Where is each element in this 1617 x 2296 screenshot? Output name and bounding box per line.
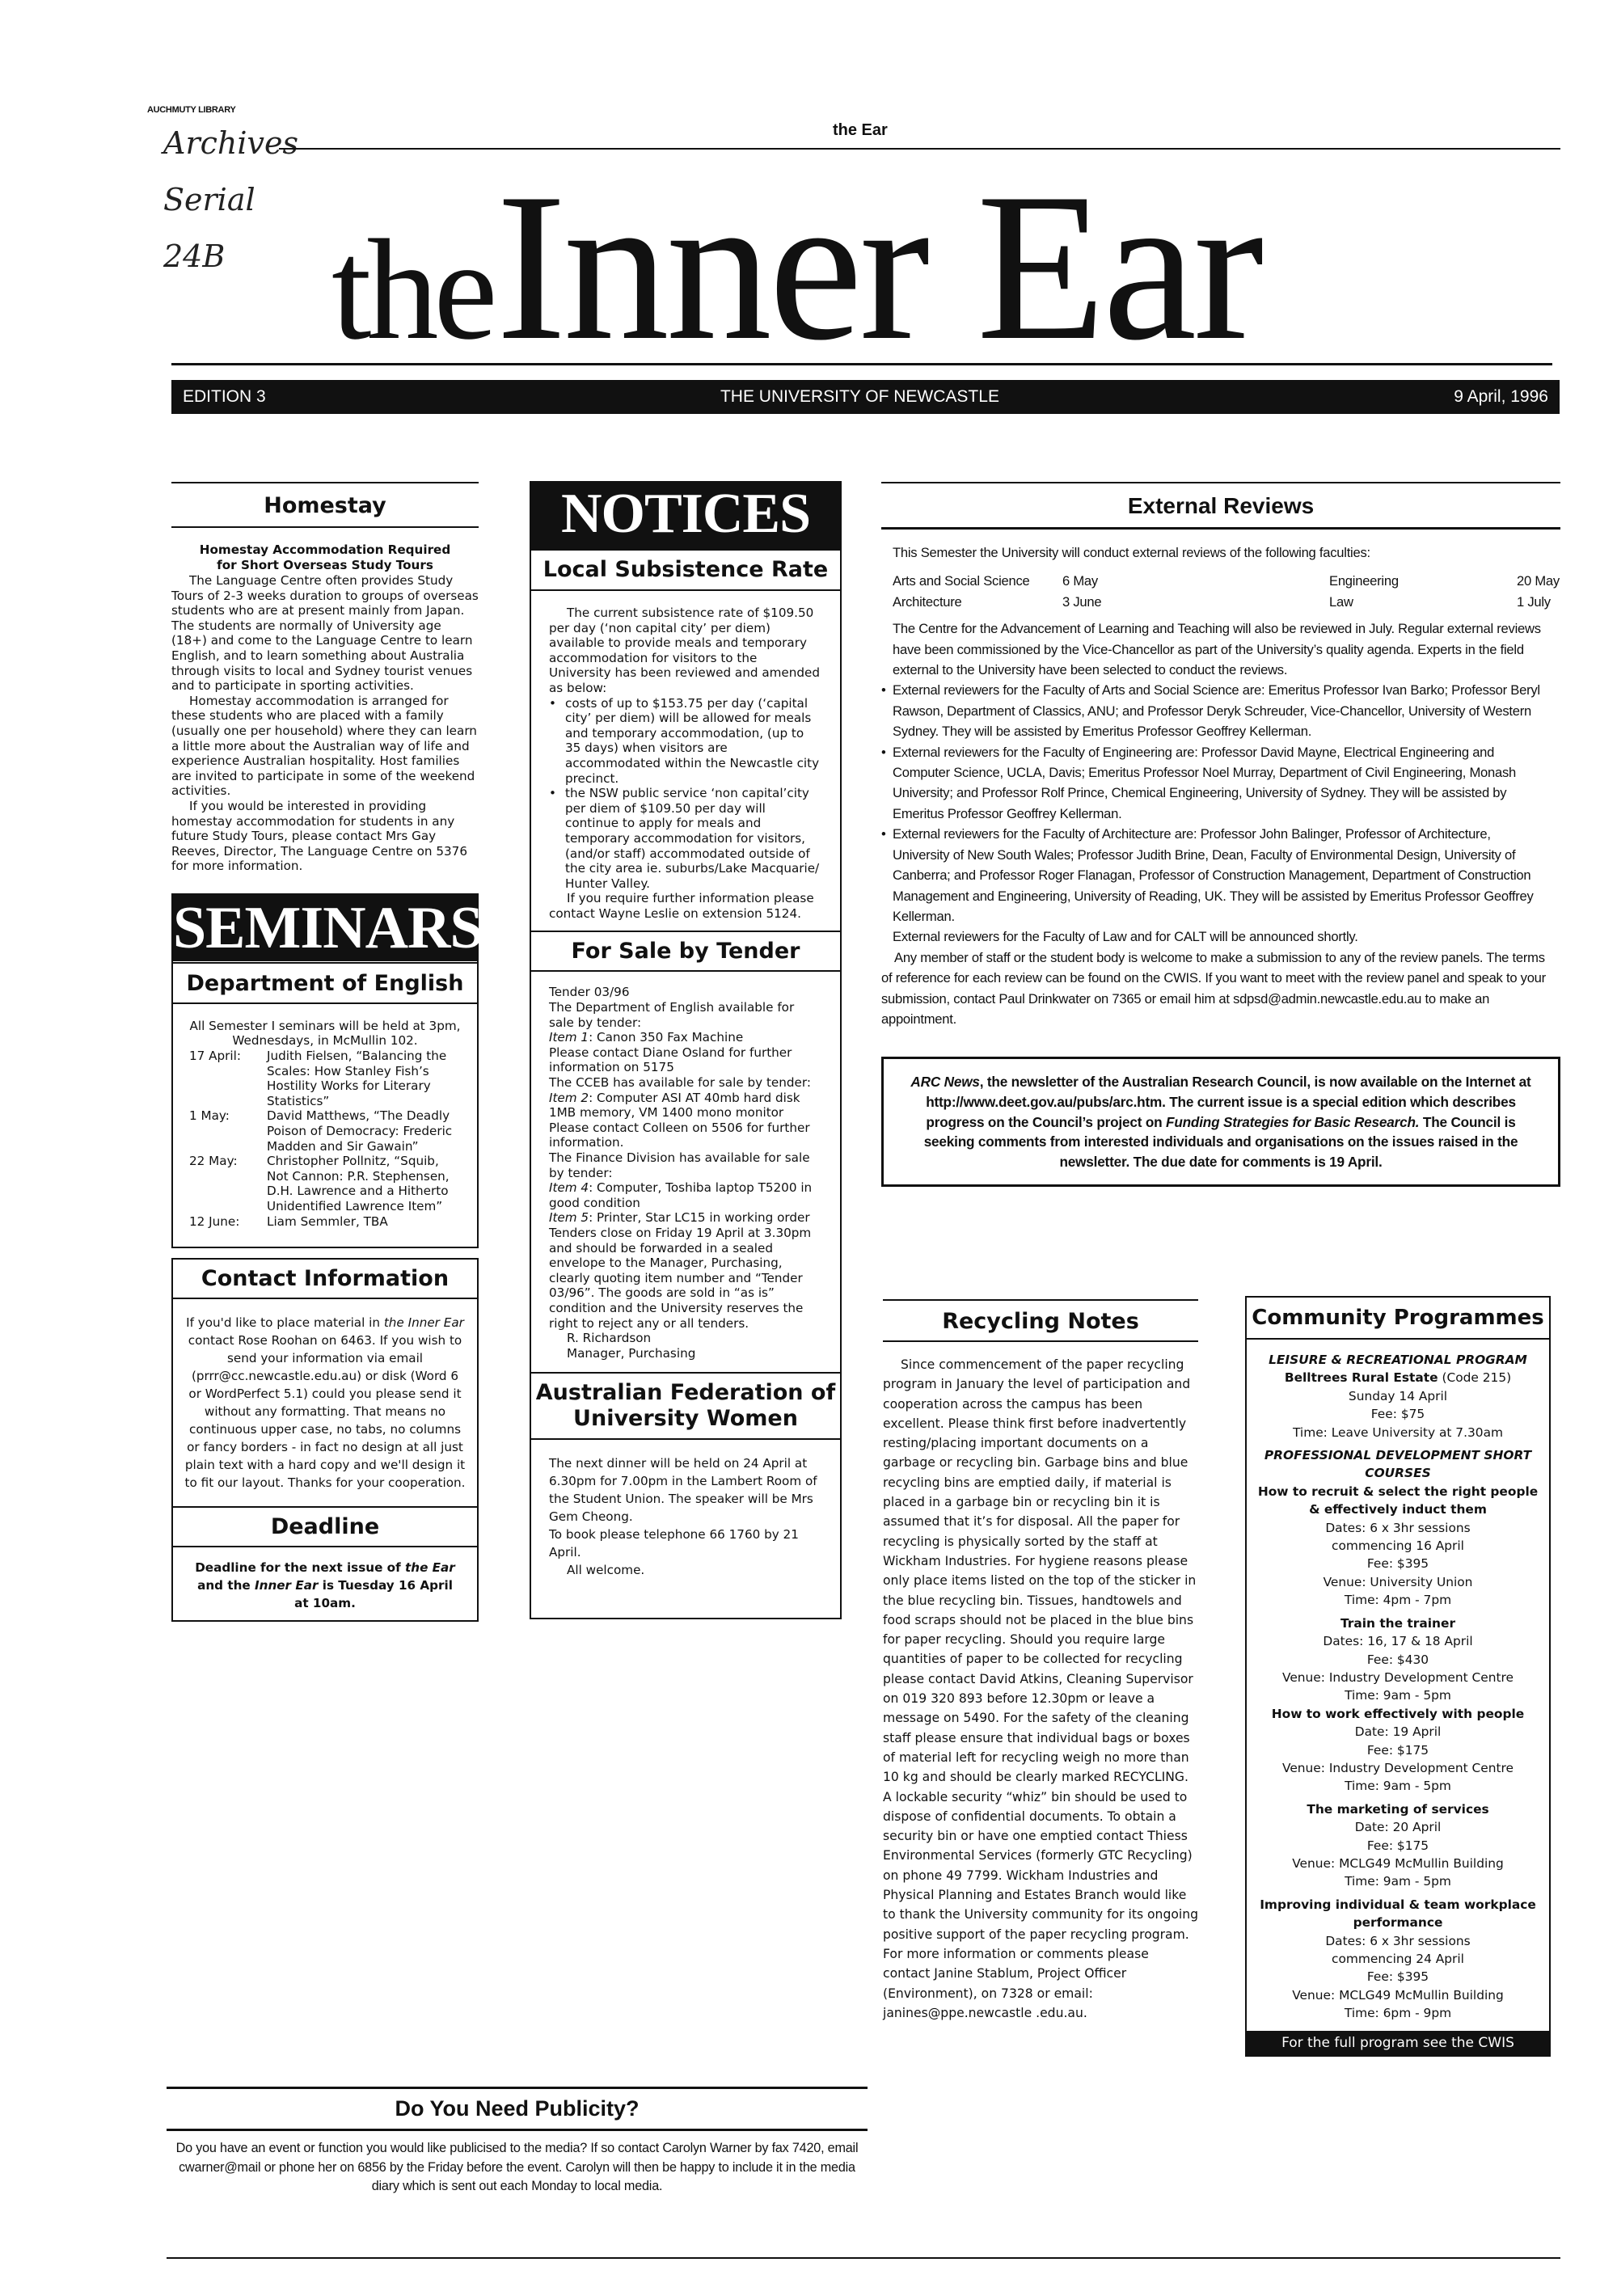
item-label: Item 2 [549, 1091, 589, 1105]
tender-line: The CCEB has available for sale by tende… [549, 1075, 822, 1091]
course-detail: Date: 19 April [1252, 1723, 1544, 1741]
course-detail: Dates: 6 x 3hr sessions [1252, 1932, 1544, 1950]
masthead-bottom-rule [171, 363, 1552, 365]
arc-news-box: ARC News, the newsletter of the Australi… [881, 1057, 1560, 1187]
homestay-subtitle-line2: for Short Overseas Study Tours [171, 558, 479, 573]
event-detail: Fee: $75 [1252, 1405, 1544, 1423]
publicity-title: Do You Need Publicity? [167, 2087, 868, 2131]
seminar-entry: 22 May:Christopher Pollnitz, “Squib, Not… [189, 1154, 461, 1213]
recycling-title: Recycling Notes [883, 1299, 1198, 1342]
contact-box: Contact Information If you'd like to pla… [171, 1258, 479, 1622]
course-detail: Venue: University Union [1252, 1573, 1544, 1591]
course-detail: commencing 16 April [1252, 1537, 1544, 1555]
masthead-the: the [331, 209, 492, 369]
item-label: Item 1 [549, 1030, 589, 1045]
notices-box: NOTICES Local Subsistence Rate The curre… [530, 481, 842, 1619]
course-name: Improving individual & team workplace pe… [1252, 1896, 1544, 1932]
subsistence-closing: If you require further information pleas… [549, 891, 822, 921]
course-detail: Fee: $175 [1252, 1741, 1544, 1759]
external-reviews-title: External Reviews [881, 482, 1560, 530]
course-detail: Dates: 16, 17 & 18 April [1252, 1632, 1544, 1650]
homestay-title: Homestay [171, 482, 479, 528]
issue-date: 9 April, 1996 [1454, 387, 1548, 407]
course-detail: commencing 24 April [1252, 1950, 1544, 1968]
item-label: Item 4 [549, 1180, 589, 1195]
homestay-subtitle-line1: Homestay Accommodation Required [171, 542, 479, 558]
reviewers-bullet: External reviewers for the Faculty of Ar… [881, 680, 1549, 741]
course-detail: Fee: $175 [1252, 1837, 1544, 1855]
tender-item: Item 1: Canon 350 Fax Machine [549, 1030, 822, 1045]
review-date: 6 May [1062, 571, 1329, 591]
course-detail: Time: 6pm - 9pm [1252, 2004, 1544, 2022]
deadline-text-a: Deadline for the next issue of [195, 1560, 405, 1575]
faculty-name: Arts and Social Science [893, 571, 1062, 591]
seminar-date: 1 May: [189, 1108, 267, 1154]
afuw-line: To book please telephone 66 1760 by 21 A… [549, 1526, 822, 1561]
library-name: AUCHMUTY LIBRARY [147, 105, 277, 115]
tender-signature-title: Manager, Purchasing [549, 1346, 822, 1361]
seminar-topic: Judith Fielsen, “Balancing the Scales: H… [267, 1049, 461, 1108]
tender-item: Item 4: Computer, Toshiba laptop T5200 i… [549, 1180, 822, 1210]
handwritten-archives: Archives [147, 115, 277, 171]
seminar-entry: 12 June:Liam Semmler, TBA [189, 1214, 461, 1230]
pd-heading: PROFESSIONAL DEVELOPMENT SHORT COURSES [1252, 1446, 1544, 1483]
afuw-line: The next dinner will be held on 24 April… [549, 1454, 822, 1526]
course-detail: Fee: $395 [1252, 1555, 1544, 1572]
course-detail: Venue: MCLG49 McMullin Building [1252, 1986, 1544, 2004]
event-detail: Sunday 14 April [1252, 1387, 1544, 1405]
leisure-heading: LEISURE & RECREATIONAL PROGRAM [1252, 1351, 1544, 1369]
contact-text-a: If you'd like to place material in [186, 1315, 384, 1330]
course-name: How to work effectively with people [1247, 1705, 1549, 1723]
handwritten-number: 24B [147, 228, 277, 285]
seminars-intro: All Semester I seminars will be held at … [189, 1019, 461, 1049]
homestay-paragraph: The Language Centre often provides Study… [171, 573, 479, 694]
institution-name: THE UNIVERSITY OF NEWCASTLE [720, 387, 999, 407]
publication-name: the Ear [405, 1560, 455, 1575]
course-detail: Venue: Industry Development Centre [1252, 1669, 1544, 1686]
item-text: : Canon 350 Fax Machine [589, 1030, 743, 1045]
seminar-topic: Christopher Pollnitz, “Squib, Not Cannon… [267, 1154, 461, 1213]
faculty-name: Architecture [893, 592, 1062, 612]
external-reviews-article: External Reviews This Semester the Unive… [881, 482, 1560, 1029]
recycling-article: Recycling Notes Since commencement of th… [883, 1299, 1198, 2023]
deadline-title: Deadline [173, 1506, 477, 1547]
publicity-text: Do you have an event or function you wou… [167, 2139, 868, 2197]
course-detail: Time: 9am - 5pm [1252, 1777, 1544, 1795]
seminar-entry: 17 April:Judith Fielsen, “Balancing the … [189, 1049, 461, 1108]
seminar-topic: Liam Semmler, TBA [267, 1214, 388, 1230]
reviews-intro: This Semester the University will conduc… [893, 542, 1549, 563]
review-date: 20 May [1517, 571, 1565, 591]
seminars-department: Department of English [173, 964, 477, 1004]
contact-title: Contact Information [173, 1260, 477, 1299]
edition-banner: EDITION 3 THE UNIVERSITY OF NEWCASTLE 9 … [171, 380, 1560, 414]
tender-item: Item 2: Computer ASI AT 40mb hard disk 1… [549, 1091, 822, 1150]
deadline-text-c: is Tuesday 16 April at 10am. [294, 1578, 453, 1610]
community-title: Community Programmes [1247, 1298, 1549, 1340]
reviews-paragraph: The Centre for the Advancement of Learni… [893, 618, 1549, 680]
seminar-date: 12 June: [189, 1214, 267, 1230]
arc-project-title: Funding Strategies for Basic Research. [1166, 1114, 1419, 1130]
tender-item: Item 5: Printer, Star LC15 in working or… [549, 1210, 822, 1226]
subsistence-bullet: costs of up to $153.75 per day (‘capital… [549, 696, 822, 787]
belltrees-event: Belltrees Rural Estate (Code 215) [1252, 1369, 1544, 1386]
tender-line: The Finance Division has available for s… [549, 1150, 822, 1180]
notices-banner: NOTICES [531, 483, 840, 551]
section-label: the Ear [833, 121, 888, 140]
course-detail: Fee: $395 [1252, 1968, 1544, 1986]
review-date: 3 June [1062, 592, 1329, 612]
reviewers-bullet: External reviewers for the Faculty of Ar… [881, 824, 1549, 926]
masthead: the Inner Ear [331, 146, 1260, 389]
right-column: External Reviews This Semester the Unive… [881, 482, 1560, 1187]
library-stamp: AUCHMUTY LIBRARY Archives Serial 24B [147, 105, 277, 285]
tender-title: For Sale by Tender [531, 931, 840, 972]
homestay-paragraph: Homestay accommodation is arranged for t… [171, 694, 479, 799]
seminar-date: 22 May: [189, 1154, 267, 1213]
course-detail: Fee: $430 [1252, 1651, 1544, 1669]
homestay-paragraph: If you would be interested in providing … [171, 799, 479, 874]
afuw-title: Australian Federation of University Wome… [531, 1372, 840, 1440]
left-column: Homestay Homestay Accommodation Required… [171, 482, 479, 1622]
seminar-date: 17 April: [189, 1049, 267, 1108]
tender-line: Tender 03/96 [549, 985, 822, 1000]
homestay-article: Homestay Homestay Accommodation Required… [171, 482, 479, 874]
afuw-closing: All welcome. [549, 1561, 822, 1579]
event-code: (Code 215) [1438, 1370, 1512, 1385]
course-detail: Dates: 6 x 3hr sessions [1252, 1519, 1544, 1537]
publication-name: the Inner Ear [384, 1315, 464, 1330]
masthead-title: Inner Ear [496, 150, 1260, 384]
page-bottom-rule [167, 2257, 1560, 2259]
seminars-box: SEMINARS Department of English All Semes… [171, 893, 479, 1248]
item-text: : Computer ASI AT 40mb hard disk 1MB mem… [549, 1091, 810, 1150]
reviewers-bullet: External reviewers for the Faculty of En… [881, 742, 1549, 825]
tender-line: Please contact Diane Osland for further … [549, 1045, 822, 1075]
tender-line: The Department of English available for … [549, 1000, 822, 1030]
course-name: The marketing of services [1252, 1800, 1544, 1818]
course-detail: Time: 4pm - 7pm [1252, 1591, 1544, 1609]
recycling-text: Since commencement of the paper recyclin… [883, 1355, 1198, 2023]
seminar-entry: 1 May:David Matthews, “The Deadly Poison… [189, 1108, 461, 1154]
deadline-text-b: and the [197, 1578, 255, 1593]
seminar-topic: David Matthews, “The Deadly Poison of De… [267, 1108, 461, 1154]
faculty-name: Law [1329, 592, 1517, 612]
event-name: Belltrees Rural Estate [1285, 1370, 1438, 1385]
seminars-banner: SEMINARS [173, 895, 477, 964]
subsistence-intro: The current subsistence rate of $109.50 … [549, 606, 822, 696]
subsistence-title: Local Subsistence Rate [531, 551, 840, 591]
course-detail: Venue: Industry Development Centre [1252, 1759, 1544, 1777]
item-label: Item 5 [549, 1210, 589, 1225]
arc-news-title: ARC News [910, 1074, 979, 1090]
tender-signature-name: R. Richardson [549, 1331, 822, 1346]
review-date: 1 July [1517, 592, 1565, 612]
community-programmes-box: Community Programmes LEISURE & RECREATIO… [1245, 1296, 1551, 2057]
course-name: Train the trainer [1252, 1614, 1544, 1632]
community-footer: For the full program see the CWIS [1247, 2031, 1549, 2055]
middle-column: NOTICES Local Subsistence Rate The curre… [530, 481, 842, 1619]
course-detail: Date: 20 April [1252, 1818, 1544, 1836]
event-detail: Time: Leave University at 7.30am [1252, 1424, 1544, 1441]
publicity-article: Do You Need Publicity? Do you have an ev… [167, 2087, 868, 2197]
handwritten-serial: Serial [147, 171, 277, 228]
item-text: : Printer, Star LC15 in working order [589, 1210, 810, 1225]
course-detail: Venue: MCLG49 McMullin Building [1252, 1855, 1544, 1872]
contact-text-b: contact Rose Roohan on 6463. If you wish… [185, 1333, 466, 1490]
edition-number: EDITION 3 [183, 387, 266, 407]
deadline-text: Deadline for the next issue of the Ear a… [173, 1547, 477, 1620]
item-text: : Computer, Toshiba laptop T5200 in good… [549, 1180, 812, 1210]
subsistence-bullet: the NSW public service ‘non capital’city… [549, 786, 822, 891]
publication-name: Inner Ear [255, 1578, 318, 1593]
faculty-name: Engineering [1329, 571, 1517, 591]
contact-text: If you'd like to place material in the I… [173, 1299, 477, 1506]
course-detail: Time: 9am - 5pm [1252, 1872, 1544, 1890]
review-schedule: Arts and Social Science 6 May Engineerin… [893, 571, 1549, 612]
law-note: External reviewers for the Faculty of La… [893, 926, 1549, 947]
reviews-closing: Any member of staff or the student body … [881, 948, 1549, 1030]
course-detail: Time: 9am - 5pm [1252, 1686, 1544, 1704]
course-name: How to recruit & select the right people… [1252, 1483, 1544, 1519]
homestay-subtitle: Homestay Accommodation Required for Shor… [171, 542, 479, 573]
tender-line: Tenders close on Friday 19 April at 3.30… [549, 1226, 822, 1331]
